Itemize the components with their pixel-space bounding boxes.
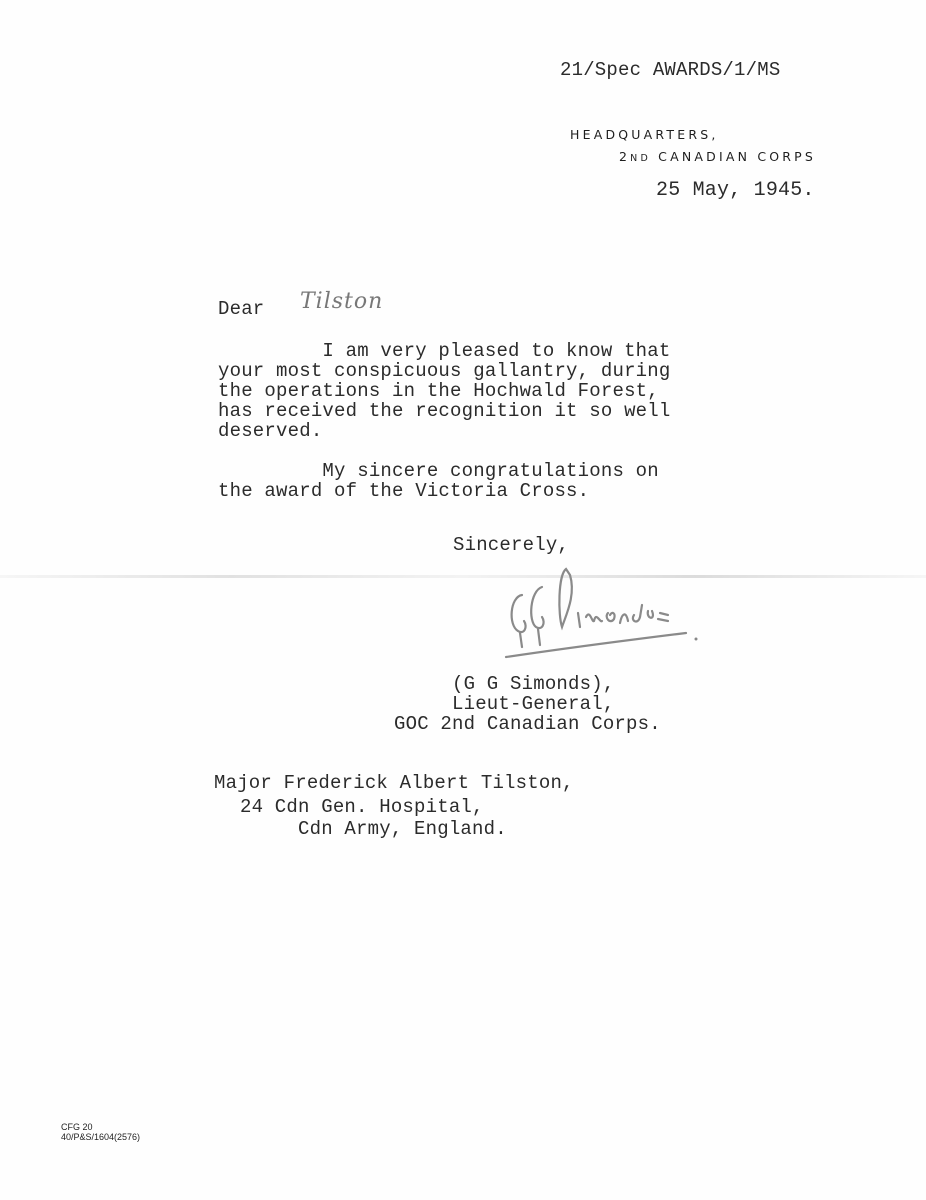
recipient-unit: 24 Cdn Gen. Hospital,	[240, 797, 484, 817]
body-line: deserved.	[218, 421, 322, 441]
reference-number: 21/Spec AWARDS/1/MS	[560, 60, 780, 80]
body-line: the award of the Victoria Cross.	[218, 481, 589, 501]
body-line: your most conspicuous gallantry, during	[218, 361, 670, 381]
body-line: My sincere congratulations on	[218, 461, 659, 481]
signature	[500, 565, 710, 665]
letterhead-corps-name: CANADIAN CORPS	[651, 149, 816, 164]
signatory-position: GOC 2nd Canadian Corps.	[394, 714, 661, 734]
body-line: I am very pleased to know that	[218, 341, 670, 361]
salutation: Dear	[218, 299, 264, 319]
letterhead-corps-number: 2	[619, 149, 630, 164]
letterhead-headquarters: HEADQUARTERS,	[570, 127, 719, 142]
form-code-line-1: CFG 20	[61, 1122, 93, 1132]
recipient-name: Major Frederick Albert Tilston,	[214, 773, 574, 793]
closing: Sincerely,	[453, 535, 569, 555]
handwritten-salutation-name: Tilston	[300, 289, 383, 314]
body-line: has received the recognition it so well	[218, 401, 670, 421]
signature-scribble-icon	[500, 565, 710, 665]
paper-fold-line	[0, 575, 926, 578]
letterhead-corps-ordinal: ND	[630, 153, 651, 164]
recipient-location: Cdn Army, England.	[298, 819, 507, 839]
signatory-rank: Lieut-General,	[452, 694, 614, 714]
letter-date: 25 May, 1945.	[656, 181, 815, 201]
form-code-line-2: 40/P&S/1604(2576)	[61, 1132, 140, 1142]
signatory-name: (G G Simonds),	[452, 674, 614, 694]
letterhead-corps: 2ND CANADIAN CORPS	[619, 149, 816, 164]
letter-page: 21/Spec AWARDS/1/MS HEADQUARTERS, 2ND CA…	[0, 0, 926, 1200]
body-line: the operations in the Hochwald Forest,	[218, 381, 659, 401]
